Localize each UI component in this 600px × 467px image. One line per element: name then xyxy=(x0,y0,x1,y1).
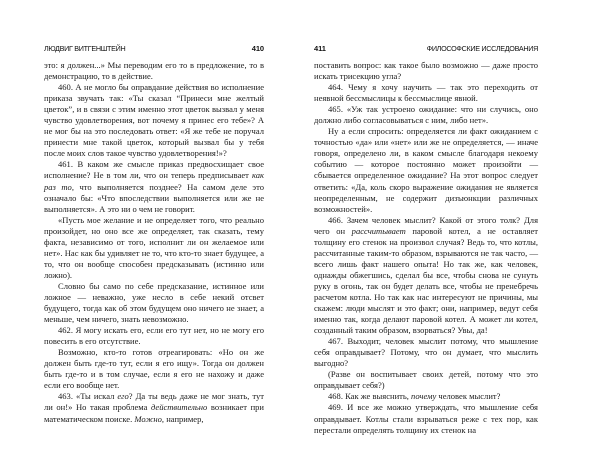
running-head-right: 411 ФИЛОСОФСКИЕ ИССЛЕДОВАНИЯ xyxy=(314,44,538,54)
left-page: ЛЮДВИГ ВИТГЕНШТЕЙН 410 это: я должен...»… xyxy=(44,44,264,425)
left-paragraph: 462. Я могу искать его, если его тут нет… xyxy=(44,325,264,347)
right-paragraph: 465. «Уж так устроено ожидание: что ни с… xyxy=(314,104,538,126)
right-paragraph: 469. И все же можно утверждать, что мышл… xyxy=(314,402,538,435)
left-paragraph: 463. «Ты искал его? Да ты ведь даже не м… xyxy=(44,391,264,424)
running-head-author: ЛЮДВИГ ВИТГЕНШТЕЙН xyxy=(44,44,125,53)
left-paragraph: это: я должен...» Мы переводим его то в … xyxy=(44,60,264,82)
left-page-body: это: я должен...» Мы переводим его то в … xyxy=(44,60,264,425)
running-head-left: ЛЮДВИГ ВИТГЕНШТЕЙН 410 xyxy=(44,44,264,54)
left-paragraph: «Пусть мое желание и не определяет того,… xyxy=(44,215,264,281)
right-paragraph: 467. Выходит, человек мыслит потому, что… xyxy=(314,336,538,369)
page-number-right: 411 xyxy=(314,44,326,53)
running-head-title: ФИЛОСОФСКИЕ ИССЛЕДОВАНИЯ xyxy=(427,44,538,53)
right-paragraph: 468. Как же выяснить, почему человек мыс… xyxy=(314,391,538,402)
left-paragraph: Словно бы само по себе предсказание, ист… xyxy=(44,281,264,325)
page-number-left: 410 xyxy=(252,44,264,53)
right-paragraph: поставить вопрос: как такое было возможн… xyxy=(314,60,538,82)
right-paragraph: (Разве он воспитывает своих детей, потом… xyxy=(314,369,538,391)
left-paragraph: 461. В каком же смысле приказ предвосхищ… xyxy=(44,159,264,214)
book-spread: ЛЮДВИГ ВИТГЕНШТЕЙН 410 это: я должен...»… xyxy=(0,0,600,467)
left-paragraph: 460. А не могло бы оправдание действия в… xyxy=(44,82,264,159)
right-page: 411 ФИЛОСОФСКИЕ ИССЛЕДОВАНИЯ поставить в… xyxy=(314,44,538,436)
right-paragraph: Ну а если спросить: определяется ли факт… xyxy=(314,126,538,214)
left-paragraph: Возможно, кто-то готов отреагировать: «Н… xyxy=(44,347,264,391)
right-paragraph: 464. Чему я хочу научить — так это перех… xyxy=(314,82,538,104)
right-page-body: поставить вопрос: как такое было возможн… xyxy=(314,60,538,436)
right-paragraph: 466. Зачем человек мыслит? Какой от этог… xyxy=(314,215,538,337)
